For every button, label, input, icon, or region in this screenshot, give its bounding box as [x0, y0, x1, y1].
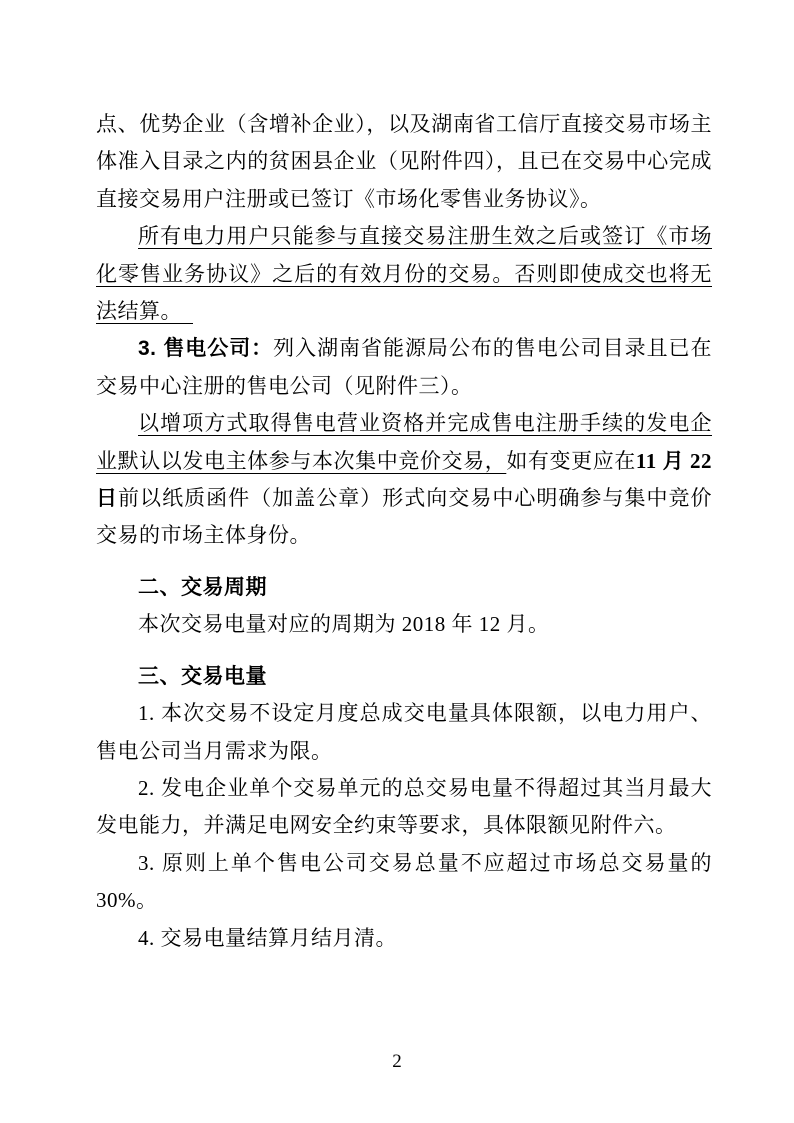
- item3-paragraph: 3. 售电公司：列入湖南省能源局公布的售电公司目录且已在交易中心注册的售电公司（…: [96, 330, 712, 405]
- section2-heading: 二、交易周期: [96, 569, 712, 606]
- section3-item-1: 1. 本次交易不设定月度总成交电量具体限额，以电力用户、售电公司当月需求为限。: [96, 695, 712, 770]
- settlement-rule-paragraph: 所有电力用户只能参与直接交易注册生效之后或签订《市场化零售业务协议》之后的有效月…: [96, 218, 712, 330]
- settlement-rule-underlined-text: 所有电力用户只能参与直接交易注册生效之后或签订《市场化零售业务协议》之后的有效月…: [96, 224, 712, 323]
- item3-label: 3. 售电公司：: [138, 337, 273, 360]
- addendum-paragraph: 以增项方式取得售电营业资格并完成售电注册手续的发电企业默认以发电主体参与本次集中…: [96, 405, 712, 555]
- document-body: 点、优势企业（含增补企业），以及湖南省工信厅直接交易市场主体准入目录之内的贫困县…: [96, 106, 712, 957]
- section3-heading: 三、交易电量: [96, 658, 712, 695]
- document-page: 点、优势企业（含增补企业），以及湖南省工信厅直接交易市场主体准入目录之内的贫困县…: [0, 0, 794, 1123]
- section3-item-2: 2. 发电企业单个交易单元的总交易电量不得超过其当月最大发电能力，并满足电网安全…: [96, 770, 712, 845]
- section3-item-3: 3. 原则上单个售电公司交易总量不应超过市场总交易量的 30%。: [96, 845, 712, 920]
- addendum-plain-text: 如有变更应在: [506, 449, 636, 473]
- continuation-paragraph: 点、优势企业（含增补企业），以及湖南省工信厅直接交易市场主体准入目录之内的贫困县…: [96, 106, 712, 218]
- addendum-rest-text: 前以纸质函件（加盖公章）形式向交易中心明确参与集中竞价交易的市场主体身份。: [96, 486, 712, 547]
- section2-body: 本次交易电量对应的周期为 2018 年 12 月。: [96, 606, 712, 643]
- page-number: 2: [0, 1051, 794, 1073]
- section3-item-4: 4. 交易电量结算月结月清。: [96, 920, 712, 957]
